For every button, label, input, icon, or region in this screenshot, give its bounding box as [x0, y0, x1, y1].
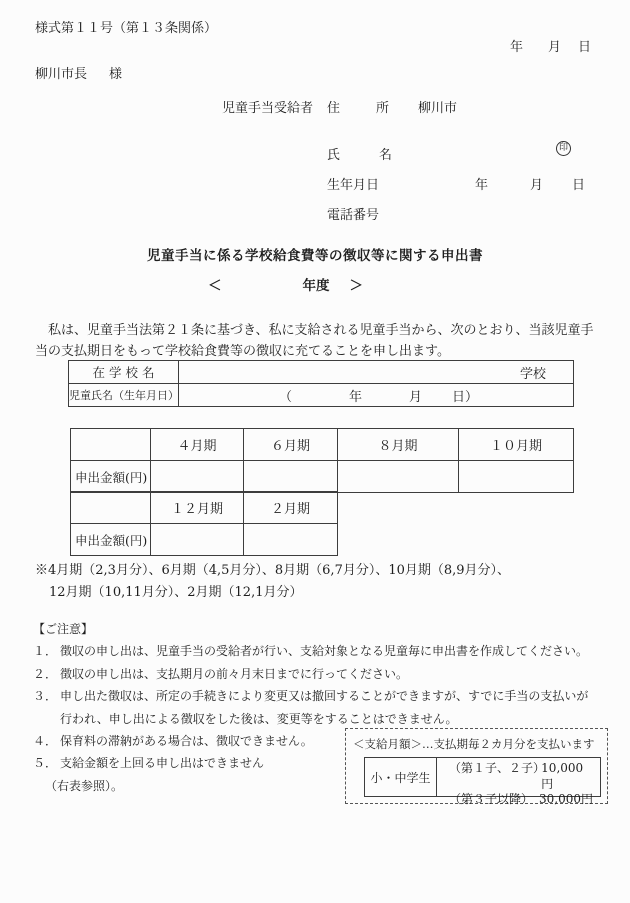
child-birth-year-label: 年 [349, 386, 362, 405]
birthdate-line: 生年月日年月日 [327, 174, 585, 193]
date-day-label: 日 [578, 40, 591, 55]
child-name-birthdate-field[interactable]: （ 年 月 日） [179, 384, 574, 407]
amount-field-april[interactable] [151, 461, 244, 493]
birthdate-label: 生年月日 [327, 178, 379, 193]
table-row: １２月期 ２月期 [71, 492, 338, 524]
notice-item-text: 申し出た徴収は、所定の手続きにより変更又は撤回することができますが、すでに手当の… [60, 685, 600, 730]
phone-label: 電話番号 [327, 204, 379, 223]
period-note-line1: ※4月期（2,3月分）、6月期（4,5月分）、8月期（6,7月分）、10月期（8… [35, 560, 595, 582]
form-number: 様式第１１号（第１３条関係） [35, 17, 217, 36]
table-row: 児童氏名（生年月日） （ 年 月 日） [69, 384, 574, 407]
notice-item-number: ２． [33, 663, 60, 685]
fiscal-year-label: 年度 [303, 278, 330, 294]
paren-open: （ [279, 386, 292, 405]
notice-item-1: １． 徴収の申し出は、児童手当の受給者が行い、支給対象となる児童毎に申出書を作成… [33, 640, 600, 662]
address-label-1: 住 [327, 101, 340, 116]
notice-item-3: ３． 申し出た徴収は、所定の手続きにより変更又は撤回することができますが、すでに… [33, 685, 600, 730]
notice-item-2: ２． 徴収の申し出は、支払期月の前々月末日までに行ってください。 [33, 663, 600, 685]
recipient-line: 児童手当受給者住所柳川市 [222, 97, 457, 116]
notice-heading: 【ご注意】 [33, 618, 600, 640]
amount-field-august[interactable] [338, 461, 459, 493]
school-suffix-label: 学校 [520, 363, 546, 382]
amount-field-february[interactable] [244, 524, 338, 556]
notice-item-text: 徴収の申し出は、児童手当の受給者が行い、支給対象となる児童毎に申出書を作成してく… [60, 640, 600, 662]
name-label-2: 名 [379, 148, 392, 163]
addressee-honorific: 様 [109, 67, 122, 82]
period-header-april: ４月期 [151, 429, 244, 461]
addressee: 柳川市長 [35, 67, 87, 82]
amount-field-june[interactable] [244, 461, 338, 493]
table-row: 申出金額(円) [71, 524, 338, 556]
payment-amount-table: 小・中学生 （第１子、２子） 10,000円 （第３子以降） 30,000円 [364, 757, 601, 797]
seal-mark: 印 [556, 141, 571, 156]
payment-amount-box: ＜支給月額＞…支払期毎２カ月分を支払います 小・中学生 （第１子、２子） 10,… [345, 728, 608, 804]
table-row: ４月期 ６月期 ８月期 １０月期 [71, 429, 574, 461]
fiscal-year-bracket-close: ＞ [350, 278, 364, 294]
payment-row-label: （第１子、２子） [449, 761, 541, 792]
corner-cell [71, 429, 151, 461]
name-line: 氏名 [327, 144, 392, 163]
notice-item-number: ３． [33, 685, 60, 730]
table-row: 在 学 校 名 学校 [69, 361, 574, 384]
notice-item-number: １． [33, 640, 60, 662]
birth-year-label: 年 [475, 178, 488, 193]
payment-row-amount: 10,000円 [541, 761, 593, 792]
birth-month-label: 月 [530, 178, 543, 193]
payment-row-label: （第３子以降） [449, 792, 533, 808]
period-header-june: ６月期 [244, 429, 338, 461]
payment-row-amount: 30,000円 [539, 792, 593, 808]
school-name-cell: 学校 [179, 361, 574, 384]
address-label-2: 所 [376, 101, 389, 116]
period-header-october: １０月期 [459, 429, 574, 461]
payment-row-third-child: （第３子以降） 30,000円 [437, 792, 600, 808]
birth-day-label: 日 [572, 178, 585, 193]
date-year-label: 年 [510, 40, 523, 55]
period-header-august: ８月期 [338, 429, 459, 461]
child-birth-month-label: 月 [409, 386, 422, 405]
school-info-table: 在 学 校 名 学校 児童氏名（生年月日） （ 年 月 日） [68, 360, 574, 407]
period-header-february: ２月期 [244, 492, 338, 524]
declaration-paragraph: 私は、児童手当法第２１条に基づき、私に支給される児童手当から、次のとおり、当該児… [35, 320, 598, 362]
recipient-label: 児童手当受給者 [222, 101, 313, 116]
notice-item-text: 徴収の申し出は、支払期月の前々月末日までに行ってください。 [60, 663, 600, 685]
address-value: 柳川市 [418, 101, 457, 116]
period-header-december: １２月期 [151, 492, 244, 524]
fiscal-year-line: ＜年度＞ [208, 274, 363, 294]
date-line: 年月日 [510, 36, 591, 55]
child-birth-day-label: 日） [452, 386, 478, 405]
table-row: 申出金額(円) [71, 461, 574, 493]
amount-label: 申出金額(円) [71, 524, 151, 556]
school-name-field[interactable] [179, 361, 520, 383]
addressee-line: 柳川市長様 [35, 63, 122, 82]
student-category-label: 小・中学生 [365, 758, 437, 796]
corner-cell [71, 492, 151, 524]
application-form-page: 様式第１１号（第１３条関係） 年月日 柳川市長様 児童手当受給者住所柳川市 氏名… [0, 0, 630, 903]
notice-item-number: ５． [33, 752, 60, 774]
period-note: ※4月期（2,3月分）、6月期（4,5月分）、8月期（6,7月分）、10月期（8… [35, 560, 595, 604]
document-title: 児童手当に係る学校給食費等の徴収等に関する申出書 [0, 244, 630, 264]
amount-table-second: １２月期 ２月期 申出金額(円) [70, 491, 338, 556]
child-name-label: 児童氏名（生年月日） [69, 384, 179, 407]
school-name-label: 在 学 校 名 [69, 361, 179, 384]
fiscal-year-bracket-open: ＜ [208, 278, 222, 294]
payment-box-heading: ＜支給月額＞…支払期毎２カ月分を支払います [353, 736, 595, 752]
notice-item-number: ４． [33, 730, 60, 752]
amount-label: 申出金額(円) [71, 461, 151, 493]
amount-field-october[interactable] [459, 461, 574, 493]
period-note-line2: 12月期（10,11月分）、2月期（12,1月分） [35, 582, 595, 604]
payment-row-first-second-child: （第１子、２子） 10,000円 [437, 761, 600, 792]
name-label-1: 氏 [327, 148, 340, 163]
date-month-label: 月 [548, 40, 561, 55]
amount-field-december[interactable] [151, 524, 244, 556]
amount-table-first: ４月期 ６月期 ８月期 １０月期 申出金額(円) [70, 428, 574, 493]
